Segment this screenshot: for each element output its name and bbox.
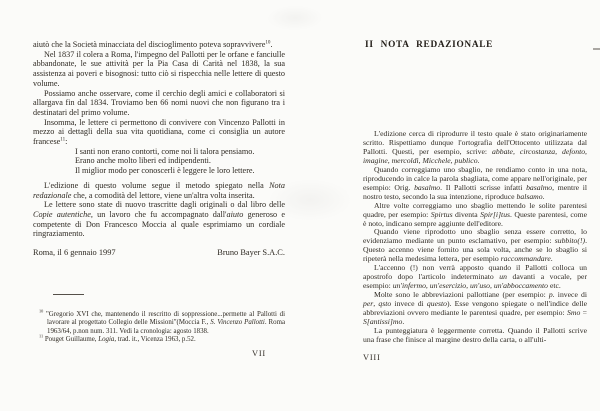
text-segment: questo: [427, 299, 447, 308]
text-segment: basalmo: [526, 183, 552, 192]
book-spread: aiutò che la Società minacciata del disc…: [0, 0, 600, 411]
footnote: 10 "Gregorio XVI che, mantenendo il resc…: [39, 311, 285, 336]
chapter-heading: II NOTA REDAZIONALE: [365, 40, 493, 50]
dateline: Roma, il 6 gennaio 1997 Bruno Bayer S.A.…: [33, 248, 285, 258]
paragraph: L'accenno (!) non verrà apposto quando i…: [363, 264, 587, 291]
text-segment: . Il Pallotti scrisse infatti: [440, 183, 526, 192]
date-place: Roma, il 6 gennaio 1997: [33, 248, 116, 258]
text-segment: Possiamo anche osservare, come il cerchi…: [33, 89, 285, 117]
paragraph: Altre volte correggiamo uno sbaglio mett…: [363, 202, 587, 229]
text-segment: S[antissi]mo: [363, 317, 402, 326]
scan-edge-artifact: [593, 48, 600, 50]
text-segment: L'edizione di questo volume segue il met…: [44, 181, 269, 190]
text-segment: , un lavoro che fu accompagnato dall': [91, 210, 227, 219]
text-segment: diventa: [453, 210, 481, 219]
quote-block: I santi non erano contorti, come noi li …: [75, 147, 285, 176]
right-text-block: L'edizione cerca di riprodurre il testo …: [363, 130, 587, 345]
paragraph: Possiamo anche osservare, come il cerchi…: [33, 89, 285, 118]
text-segment: basalmo: [414, 183, 440, 192]
page-left: aiutò che la Società minacciata del disc…: [33, 40, 285, 258]
text-segment: Pouget Guillaume,: [43, 336, 98, 343]
text-segment: .: [270, 40, 272, 49]
text-segment: qsto: [378, 299, 391, 308]
page-number-left: VII: [252, 349, 266, 358]
quote-line: I santi non erano contorti, come noi li …: [75, 147, 285, 157]
paragraph: L'edizione cerca di riprodurre il testo …: [363, 130, 587, 166]
paragraph: La punteggiatura è leggermente corretta.…: [363, 327, 587, 345]
text-segment: Quando viene riprodotto uno sbaglio senz…: [363, 227, 587, 245]
quote-line: Erano anche molto liberi ed indipendenti…: [75, 156, 285, 166]
text-segment: Molte sono le abbreviazioni pallottiane …: [374, 290, 549, 299]
left-text-block: aiutò che la Società minacciata del disc…: [33, 40, 285, 258]
text-segment: , trad. it., Vicenza 1963, p.52.: [114, 336, 195, 343]
text-segment: che, a comodità del lettore, viene un'al…: [71, 191, 254, 200]
text-segment: Copie autentiche: [33, 210, 91, 219]
footnote-separator: [53, 294, 84, 295]
text-segment: etc.: [548, 281, 561, 290]
text-segment: aiuto: [227, 210, 244, 219]
text-segment: .: [551, 254, 553, 263]
text-segment: per: [363, 299, 373, 308]
text-segment: S. Vincenzo Pallotti: [210, 319, 265, 326]
text-segment: aiutò che la Società minacciata del disc…: [33, 40, 265, 49]
paragraph: Quando correggiamo uno sbaglio, ne rendi…: [363, 166, 587, 202]
text-segment: Insomma, le lettere ci permettono di con…: [33, 118, 285, 146]
text-segment: =: [580, 308, 587, 317]
text-segment: Le lettere sono state di nuovo trascritt…: [44, 200, 285, 209]
footnote: 11 Pouget Guillaume, Logia, trad. it., V…: [39, 336, 285, 344]
quote-line: Il miglior modo per conoscerli è leggere…: [75, 166, 285, 176]
text-segment: invece di: [555, 290, 587, 299]
paragraph: Molte sono le abbreviazioni pallottiane …: [363, 291, 587, 327]
paragraph: Quando viene riprodotto uno sbaglio senz…: [363, 228, 587, 264]
footnotes: 10 "Gregorio XVI che, mantenendo il resc…: [39, 311, 285, 344]
text-segment: un: [499, 272, 507, 281]
text-segment: raccommandare: [501, 254, 551, 263]
text-segment: Nel 1837 il colera a Roma, l'impegno del…: [33, 50, 285, 88]
author-signature: Bruno Bayer S.A.C.: [217, 248, 285, 258]
text-segment: Logia: [98, 336, 114, 343]
paragraph: Nel 1837 il colera a Roma, l'impegno del…: [33, 50, 285, 89]
text-segment: .: [543, 192, 545, 201]
paragraph: aiutò che la Società minacciata del disc…: [33, 40, 285, 50]
page-number-right: VIII: [363, 353, 381, 362]
text-segment: invece di: [391, 299, 427, 308]
text-segment: balsamo: [517, 192, 543, 201]
text-segment: subbito(!): [555, 236, 585, 245]
paragraph: Insomma, le lettere ci permettono di con…: [33, 118, 285, 147]
text-segment: Spirtus: [431, 210, 453, 219]
text-segment: Spir[i]tus: [480, 210, 510, 219]
text-segment: .: [402, 317, 404, 326]
text-segment: La punteggiatura è leggermente corretta.…: [363, 326, 587, 344]
paragraph: Le lettere sono state di nuovo trascritt…: [33, 200, 285, 239]
text-segment: Smo: [567, 308, 580, 317]
text-segment: un'infermo, un'esercizio, un'uso, un'abb…: [393, 281, 548, 290]
text-segment: :: [65, 137, 67, 146]
paragraph: L'edizione di questo volume segue il met…: [33, 181, 285, 200]
